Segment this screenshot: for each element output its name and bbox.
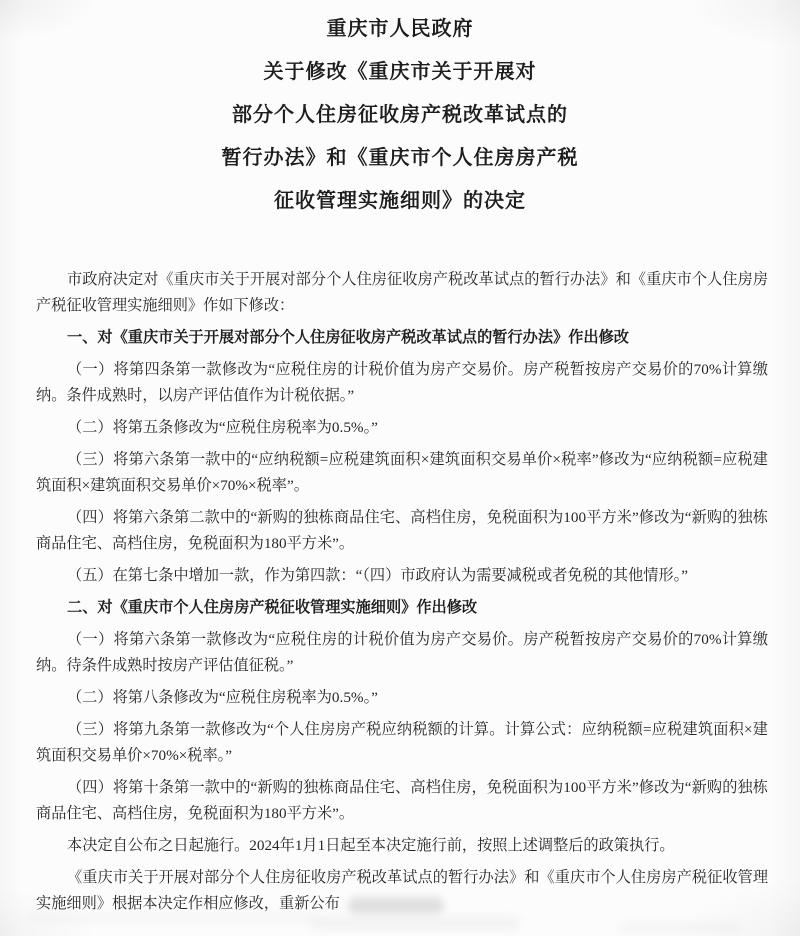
paragraph: 《重庆市关于开展对部分个人住房征收房产税改革试点的暂行办法》和《重庆市个人住房房… bbox=[36, 865, 768, 917]
title-line: 征收管理实施细则》的决定 bbox=[0, 180, 800, 223]
paragraph: 本决定自公布之日起施行。2024年1月1日起至本决定施行前，按照上述调整后的政策… bbox=[36, 833, 768, 859]
title-line: 重庆市人民政府 bbox=[0, 8, 800, 51]
document-title: 重庆市人民政府关于修改《重庆市关于开展对部分个人住房征收房产税改革试点的暂行办法… bbox=[0, 0, 800, 223]
watermark-smudge bbox=[310, 918, 520, 928]
paragraph: （二）将第八条修改为“应税住房税率为0.5%。” bbox=[36, 685, 768, 711]
title-line: 关于修改《重庆市关于开展对 bbox=[0, 51, 800, 94]
paragraph: （四）将第十条第一款中的“新购的独栋商品住宅、高档住房，免税面积为100平方米”… bbox=[36, 775, 768, 827]
paragraph: （一）将第四条第一款修改为“应税住房的计税价值为房产交易价。房产税暂按房产交易价… bbox=[36, 357, 768, 409]
paragraph: （三）将第六条第一款中的“应纳税额=应税建筑面积×建筑面积交易单价×税率”修改为… bbox=[36, 447, 768, 499]
paragraph: 市政府决定对《重庆市关于开展对部分个人住房征收房产税改革试点的暂行办法》和《重庆… bbox=[36, 267, 768, 319]
paragraph: （三）将第九条第一款修改为“个人住房房产税应纳税额的计算。计算公式：应纳税额=应… bbox=[36, 717, 768, 769]
watermark-smudge bbox=[620, 923, 740, 932]
title-line: 暂行办法》和《重庆市个人住房房产税 bbox=[0, 137, 800, 180]
title-line: 部分个人住房征收房产税改革试点的 bbox=[0, 94, 800, 137]
paragraph: （一）将第六条第一款修改为“应税住房的计税价值为房产交易价。房产税暂按房产交易价… bbox=[36, 627, 768, 679]
paragraph: （五）在第七条中增加一款，作为第四款：“（四）市政府认为需要减税或者免税的其他情… bbox=[36, 563, 768, 589]
document-body: 市政府决定对《重庆市关于开展对部分个人住房征收房产税改革试点的暂行办法》和《重庆… bbox=[0, 267, 800, 917]
paragraph: （四）将第六条第二款中的“新购的独栋商品住宅、高档住房，免税面积为100平方米”… bbox=[36, 505, 768, 557]
paragraph: （二）将第五条修改为“应税住房税率为0.5%。” bbox=[36, 415, 768, 441]
scanned-document-page: 重庆市人民政府关于修改《重庆市关于开展对部分个人住房征收房产税改革试点的暂行办法… bbox=[0, 0, 800, 936]
section-heading: 二、对《重庆市个人住房房产税征收管理实施细则》作出修改 bbox=[36, 595, 768, 621]
section-heading: 一、对《重庆市关于开展对部分个人住房征收房产税改革试点的暂行办法》作出修改 bbox=[36, 325, 768, 351]
